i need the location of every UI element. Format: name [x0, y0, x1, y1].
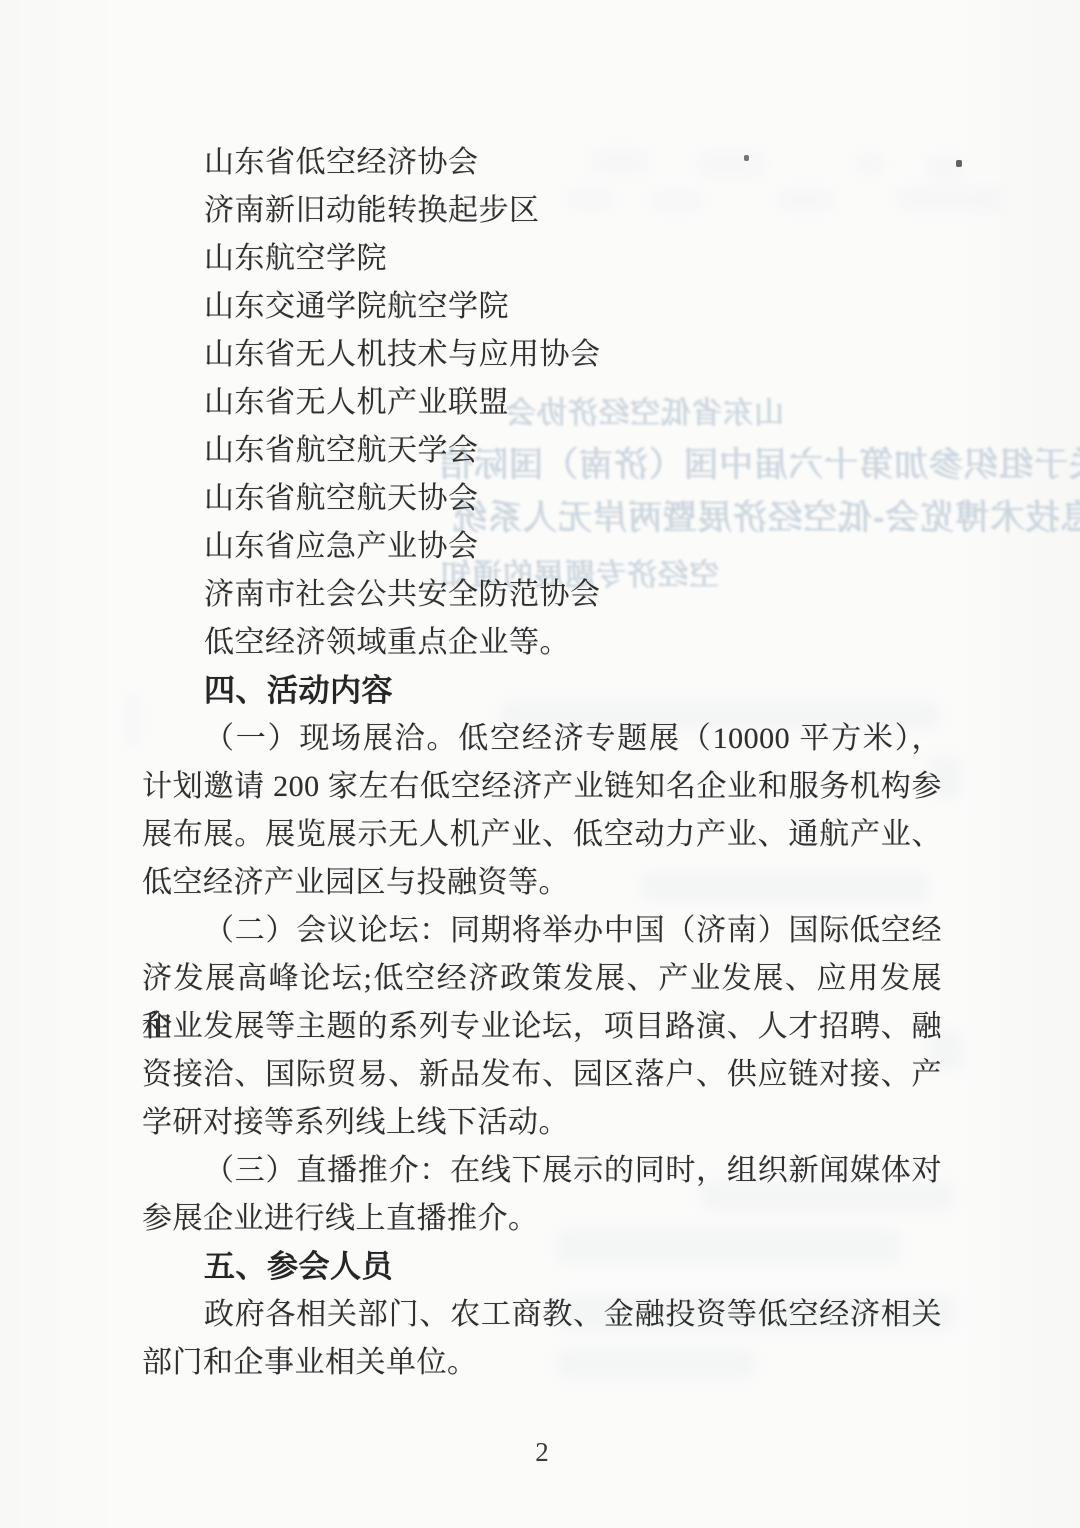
body-text-line: （一）现场展洽。低空经济专题展（10000 平方米）， — [142, 715, 942, 763]
org-list-line: 山东省无人机产业联盟 — [142, 379, 942, 427]
org-list-line: 山东交通学院航空学院 — [142, 283, 942, 331]
body-text-line: （三）直播推介：在线下展示的同时，组织新闻媒体对 — [142, 1147, 942, 1195]
org-list-line: 山东航空学院 — [142, 235, 942, 283]
ink-smudge — [126, 690, 140, 750]
body-text-line: 计划邀请 200 家左右低空经济产业链知名企业和服务机构参 — [142, 763, 942, 811]
document-body: 山东省低空经济协会 济南新旧动能转换起步区 山东航空学院 山东交通学院航空学院 … — [142, 139, 942, 1387]
org-list-line: 低空经济领域重点企业等。 — [142, 619, 942, 667]
org-list-line: 山东省航空航天学会 — [142, 427, 942, 475]
body-text-line: 低空经济产业园区与投融资等。 — [142, 859, 942, 907]
body-text-line: 政府各相关部门、农工商教、金融投资等低空经济相关 — [142, 1291, 942, 1339]
section-5-heading: 五、参会人员 — [142, 1243, 942, 1291]
scanned-document-page: 山东省低空经济协会 关于组织参加第十六届中国（济南）国际信 息技术博览会-低空经… — [0, 0, 1080, 1528]
body-text-line: 部门和企事业相关单位。 — [142, 1339, 942, 1387]
org-list-line: 山东省无人机技术与应用协会 — [142, 331, 942, 379]
body-text-line: 企业发展等主题的系列专业论坛，项目路演、人才招聘、融 — [142, 1003, 942, 1051]
body-text-line: 展布展。展览展示无人机产业、低空动力产业、通航产业、 — [142, 811, 942, 859]
body-text-line: 参展企业进行线上直播推介。 — [142, 1195, 942, 1243]
ink-speck — [956, 160, 962, 167]
body-text-line: 济发展高峰论坛;低空经济政策发展、产业发展、应用发展和 — [142, 955, 942, 1003]
org-list-line: 济南市社会公共安全防范协会 — [142, 571, 942, 619]
org-list-line: 山东省低空经济协会 — [142, 139, 942, 187]
page-number: 2 — [142, 1437, 942, 1468]
org-list-line: 山东省航空航天协会 — [142, 475, 942, 523]
body-text-line: 资接洽、国际贸易、新品发布、园区落户、供应链对接、产 — [142, 1051, 942, 1099]
org-list-line: 济南新旧动能转换起步区 — [142, 187, 942, 235]
body-text-line: （二）会议论坛：同期将举办中国（济南）国际低空经 — [142, 907, 942, 955]
section-4-heading: 四、活动内容 — [142, 667, 942, 715]
org-list-line: 山东省应急产业协会 — [142, 523, 942, 571]
body-text-line: 学研对接等系列线上线下活动。 — [142, 1099, 942, 1147]
